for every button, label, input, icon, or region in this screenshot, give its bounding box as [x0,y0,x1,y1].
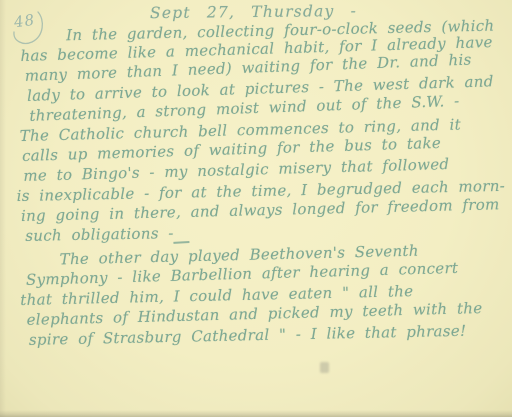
diary-page: 48 Sept 27, Thursday - In the garden, co… [0,0,512,417]
dash-underline [173,241,189,244]
ink-smudge [320,362,329,373]
entry-body: In the garden, collecting four-o-clock s… [18,18,507,350]
page-left-edge [0,0,6,417]
page-bottom-edge [0,410,512,417]
entry-paragraph-1: In the garden, collecting four-o-clock s… [18,18,505,246]
entry-paragraph-2: The other day played Beethoven's Seventh… [22,242,508,350]
